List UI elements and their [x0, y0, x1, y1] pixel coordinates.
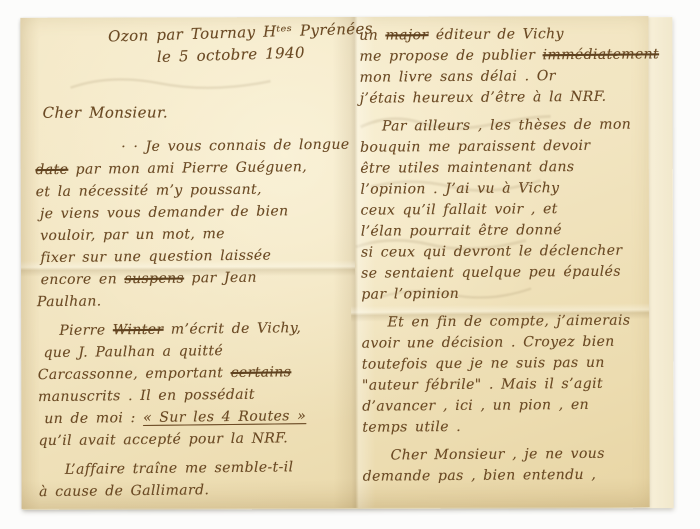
letter-line: qu’il avait accepté pour la NRF.	[38, 427, 356, 453]
letter-line: par l’opinion	[361, 282, 649, 305]
letter-text-segment: Pierre	[59, 322, 113, 339]
letter-line: mon livre sans délai . Or	[360, 65, 648, 88]
letter-text-segment: Paulhan.	[37, 293, 102, 310]
letter-text-segment: d’avancer , ici , un pion , en	[362, 397, 589, 415]
letter-text-segment: je viens vous demander de bien	[40, 203, 289, 222]
place-date: Ozon par Tournay Hᵗᵉˢ Pyrénées le 5 octo…	[108, 17, 389, 70]
salutation: Cher Monsieur.	[43, 103, 168, 121]
letter-text-segment: j’étais heureux d’être à la NRF.	[360, 89, 607, 107]
letter-text-segment: avoir une décision . Croyez bien	[362, 334, 615, 352]
letter-text-segment: manuscrits . Il en possédait	[38, 387, 255, 405]
letter-text-segment: L’affaire traîne me semble-t-il	[65, 459, 294, 478]
letter-text-segment: et la nécessité m’y poussant,	[36, 182, 262, 201]
letter-text-segment: me propose de publier	[359, 47, 542, 64]
letter-text-segment: l’élan pourrait être donné	[361, 222, 562, 240]
letter-photo: Ozon par Tournay Hᵗᵉˢ Pyrénées le 5 octo…	[0, 0, 700, 529]
letter-line: Paulhan.	[37, 288, 355, 314]
letter-line: Cher Monsieur , je ne vous	[362, 443, 650, 466]
letter-text-segment: qu’il avait accepté pour la NRF.	[38, 430, 288, 449]
letter-text-segment: « Sur les 4 Routes »	[143, 408, 306, 426]
letter-text-segment: un	[359, 27, 385, 43]
letter-text-segment: vouloir, par un mot, me	[40, 226, 225, 244]
letter-text-segment: encore en	[41, 271, 125, 288]
letter-text-segment: éditeur de Vichy	[428, 26, 563, 43]
letter-line: un major éditeur de Vichy	[359, 23, 647, 46]
letter-text-segment: que J. Paulhan a quitté	[43, 343, 223, 361]
right-page-lines: un major éditeur de Vichyme propose de p…	[359, 23, 651, 487]
letter-line: j’étais heureux d’être à la NRF.	[360, 86, 648, 109]
letter-line: à cause de Gallimard.	[39, 478, 357, 504]
letter-line: toutefois que je ne suis pas un	[362, 352, 650, 375]
letter-line: se sentaient quelque peu épaulés	[361, 261, 649, 284]
letter-text-segment: par mon ami Pierre Guéguen,	[68, 159, 307, 178]
letter-line: ceux qu’il fallait voir , et	[361, 198, 649, 221]
letter-text-segment: immédiatement	[543, 46, 660, 63]
letter-text-segment: Cher Monsieur , je ne vous	[390, 446, 604, 464]
letter-text-segment: demande pas , bien entendu ,	[363, 467, 597, 485]
letter-text-segment: "auteur fébrile" . Mais il s’agit	[362, 376, 603, 394]
letter-text-segment: par Jean	[184, 270, 257, 287]
letter-text-segment: à cause de Gallimard.	[39, 482, 209, 500]
letter-text-segment: · · Je vous connais de longue	[121, 137, 350, 156]
letter-text-segment: Par ailleurs , les thèses de mon	[382, 117, 631, 135]
letter-line: l’opinion . J’ai vu à Vichy	[360, 177, 648, 200]
letter-line: bouquin me paraissent devoir	[360, 135, 648, 158]
letter-text-segment: l’opinion . J’ai vu à Vichy	[360, 180, 559, 198]
letter-text-segment: Winter	[113, 322, 164, 339]
left-page-lines: · · Je vous connais de longuedate par mo…	[35, 134, 357, 504]
letter-text-segment: se sentaient quelque peu épaulés	[361, 264, 621, 282]
letter-text-segment: suspens	[124, 270, 184, 287]
letter-text-segment: un de moi :	[44, 410, 143, 427]
letter-text-segment: si ceux qui devront le déclencher	[361, 243, 623, 261]
letter-line: être utiles maintenant dans	[360, 156, 648, 179]
letter-line: temps utile .	[362, 415, 650, 438]
letter-line: Et en fin de compte, j’aimerais	[361, 310, 649, 333]
letter-text-segment: major	[385, 27, 428, 43]
letter-text-segment: toutefois que je ne suis pas un	[362, 355, 605, 373]
letter-line: avoir une décision . Croyez bien	[362, 331, 650, 354]
letter-text-segment: m’écrit de Vichy,	[163, 320, 301, 338]
letter-text-segment: ceux qu’il fallait voir , et	[361, 201, 558, 219]
letter-text-segment: par l’opinion	[361, 286, 459, 303]
letter-line: demande pas , bien entendu ,	[363, 464, 651, 487]
letter-text-segment: fixer sur une question laissée	[40, 248, 271, 267]
letter-text-segment: temps utile .	[362, 419, 461, 436]
letter-text-segment: Et en fin de compte, j’aimerais	[387, 313, 630, 331]
letter-text-segment: mon livre sans délai . Or	[360, 68, 556, 86]
letter-text-segment: être utiles maintenant dans	[360, 159, 574, 177]
letter-line: Par ailleurs , les thèses de mon	[360, 114, 648, 137]
letter-text-segment: date	[35, 162, 68, 178]
letter-text-segment: bouquin me paraissent devoir	[360, 138, 590, 156]
letter-line: date par mon ami Pierre Guéguen,	[35, 156, 353, 182]
letter-line: si ceux qui devront le déclencher	[361, 240, 649, 263]
letter-text-segment: certains	[231, 364, 292, 381]
letter-line: "auteur fébrile" . Mais il s’agit	[362, 373, 650, 396]
letter-text-segment: Carcassonne, emportant	[38, 365, 231, 383]
letter-paper: Ozon par Tournay Hᵗᵉˢ Pyrénées le 5 octo…	[20, 16, 649, 509]
letter-line: d’avancer , ici , un pion , en	[362, 394, 650, 417]
letter-line: l’élan pourrait être donné	[361, 219, 649, 242]
letter-line: me propose de publier immédiatement	[359, 44, 647, 67]
